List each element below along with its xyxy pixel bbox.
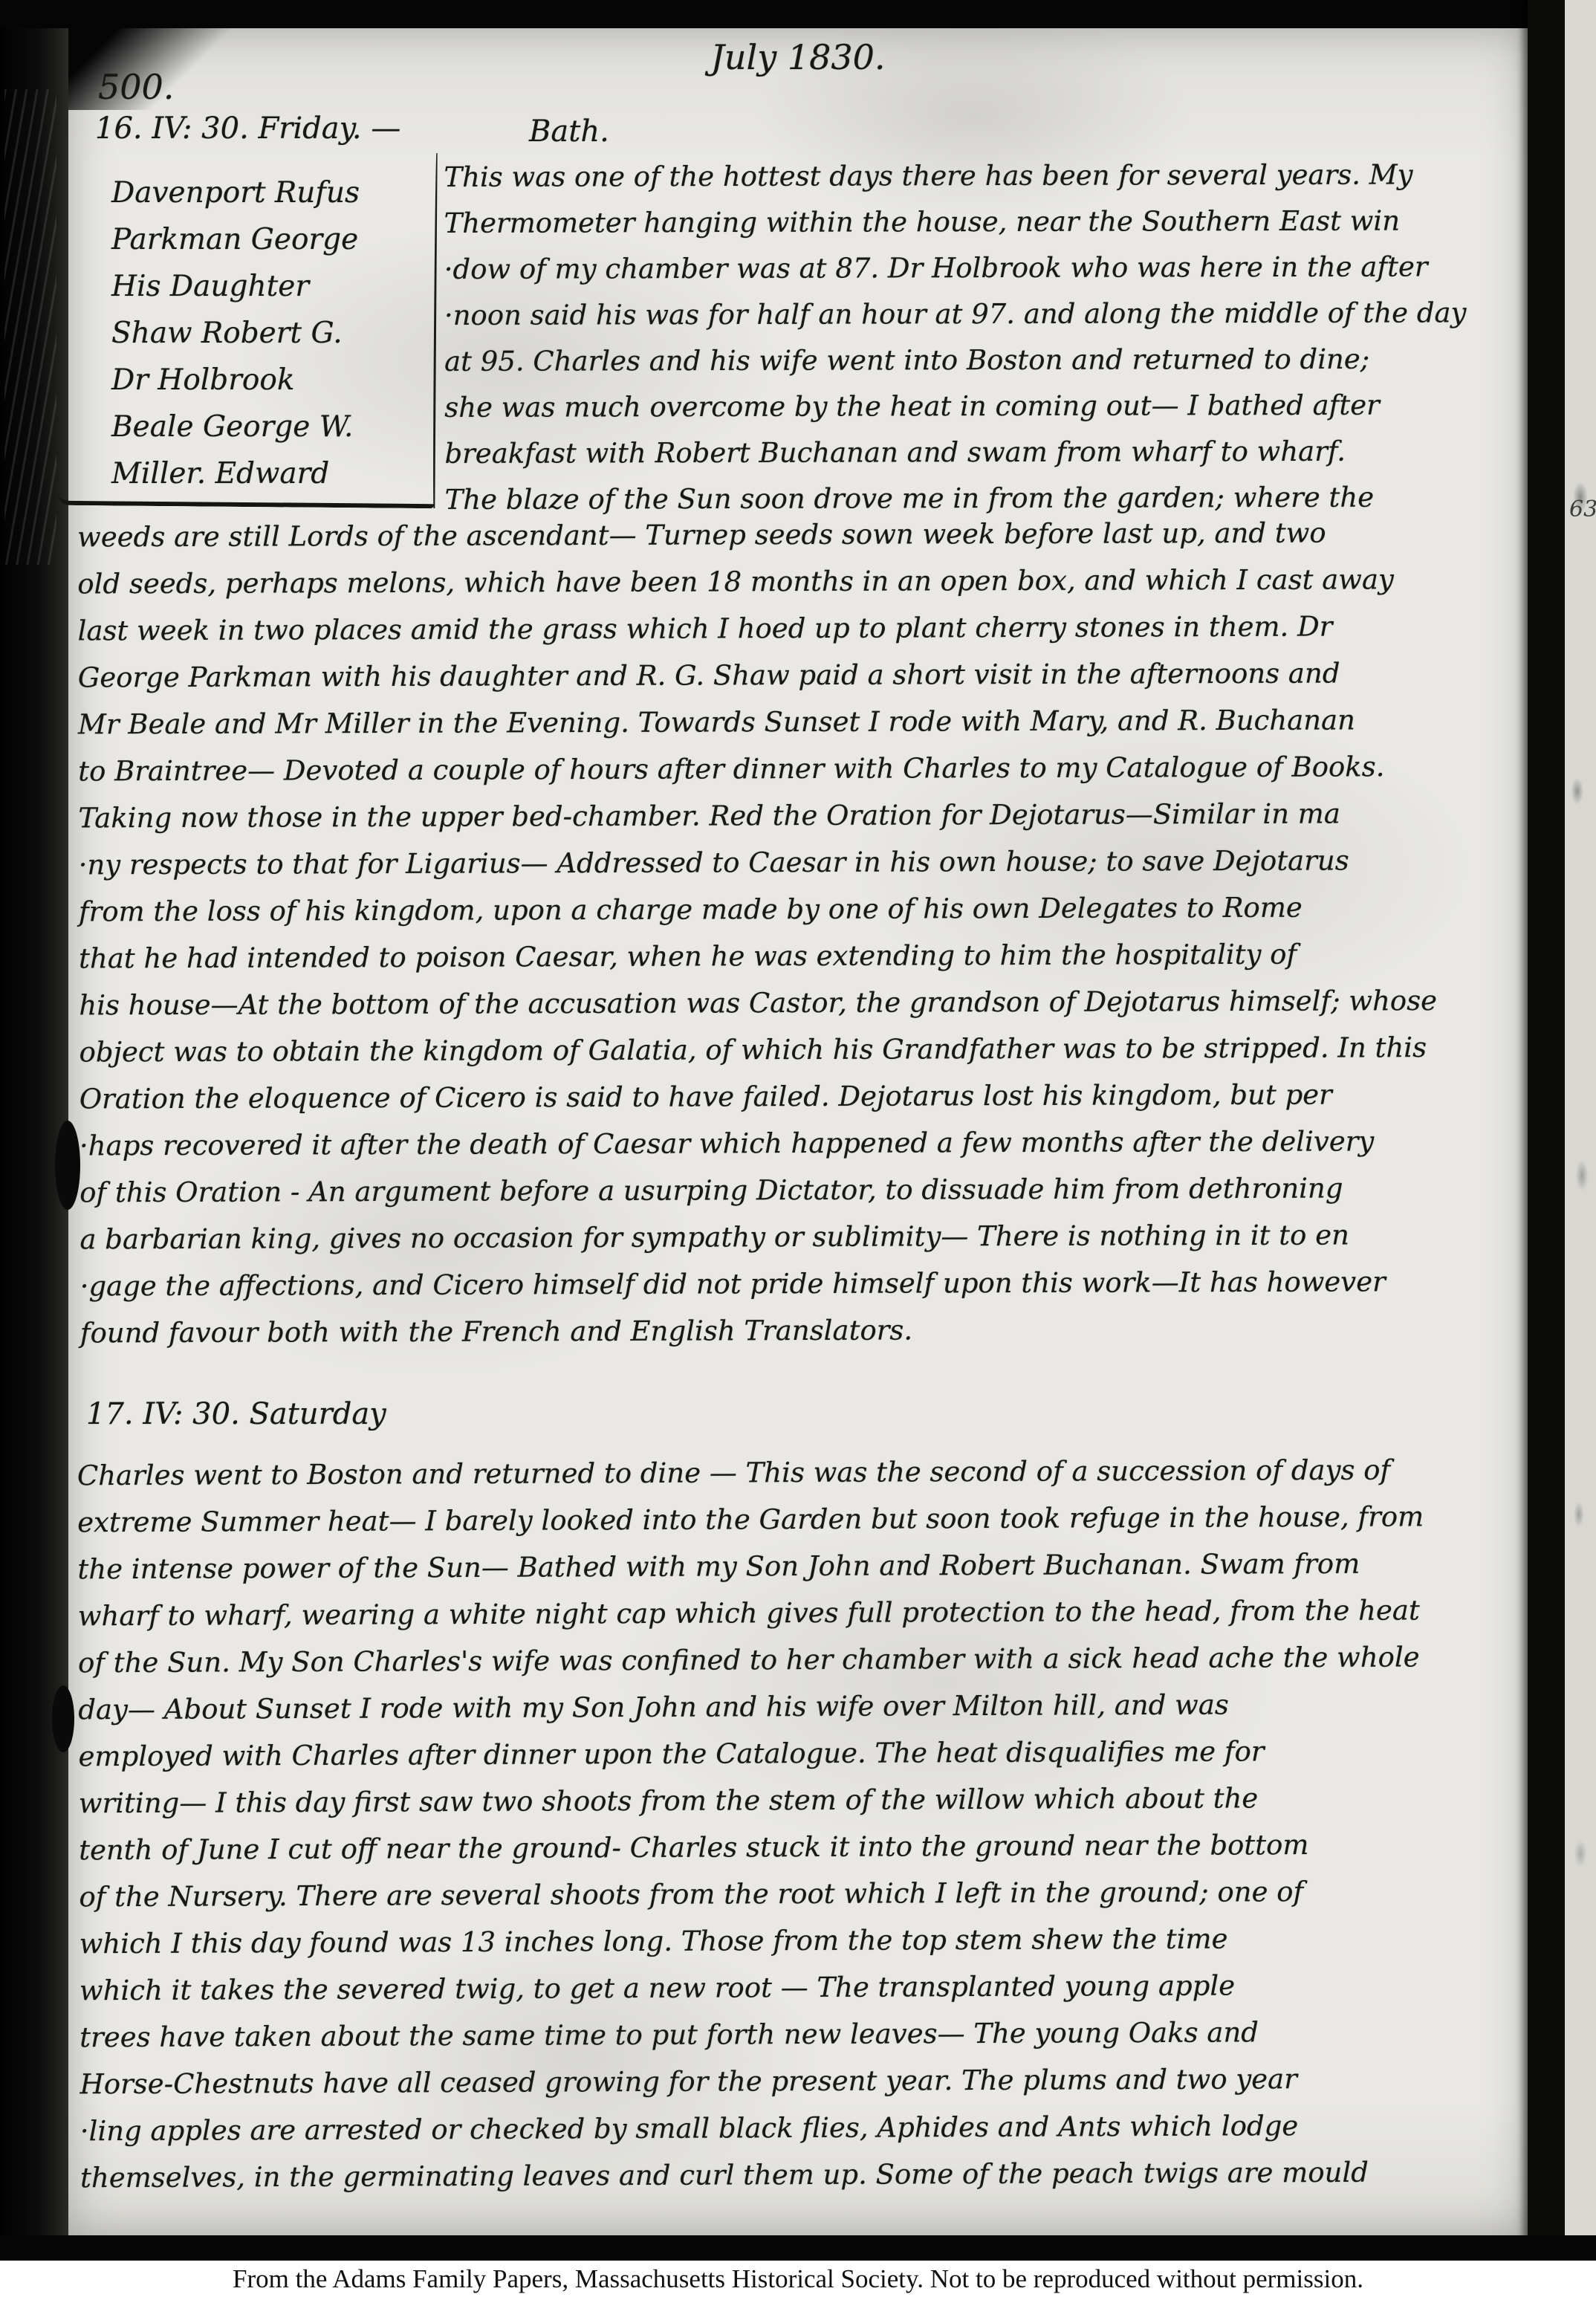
visitor-name: Beale George W. [111, 404, 431, 450]
ink-blot [52, 1685, 74, 1752]
visitor-name: Dr Holbrook [111, 357, 431, 404]
friday-body-text: weeds are still Lords of the ascendant— … [77, 509, 1529, 1357]
manuscript-line: of this Oration - An argument before a u… [80, 1164, 1528, 1216]
manuscript-scan: 500. July 1830. 16. IV: 30. Friday. — Ba… [0, 0, 1596, 2297]
manuscript-line: This was one of the hottest days there h… [444, 152, 1536, 201]
manuscript-line: tenth of June I cut off near the ground-… [79, 1821, 1528, 1874]
manuscript-line: to Braintree— Devoted a couple of hours … [78, 743, 1527, 795]
diary-page: 500. July 1830. 16. IV: 30. Friday. — Ba… [68, 28, 1528, 2235]
manuscript-line: which it takes the severed twig, to get … [80, 1961, 1528, 2015]
manuscript-line: George Parkman with his daughter and R. … [78, 649, 1527, 702]
manuscript-line: breakfast with Robert Buchanan and swam … [444, 428, 1537, 477]
manuscript-line: employed with Charles after dinner upon … [78, 1727, 1527, 1781]
entry-date-friday: 16. IV: 30. Friday. — [95, 111, 400, 146]
page-stack-ridges [4, 89, 56, 565]
visitor-name: Miller. Edward [111, 450, 431, 497]
manuscript-line: the intense power of the Sun— Bathed wit… [77, 1540, 1526, 1593]
visitor-name: Parkman George [111, 216, 431, 263]
manuscript-line: Mr Beale and Mr Miller in the Evening. T… [78, 696, 1527, 748]
manuscript-line: found favour both with the French and En… [80, 1305, 1529, 1357]
manuscript-line: Taking now those in the upper bed-chambe… [78, 790, 1527, 842]
manuscript-line: of the Sun. My Son Charles's wife was co… [78, 1633, 1527, 1687]
scan-top-edge [0, 0, 1596, 28]
manuscript-line: she was much overcome by the heat in com… [444, 382, 1537, 431]
entry-date-saturday: 17. IV: 30. Saturday [86, 1397, 386, 1431]
manuscript-line: Oration the eloquence of Cicero is said … [80, 1071, 1528, 1123]
scan-bottom-edge [0, 2235, 1596, 2261]
manuscript-line: wharf to wharf, wearing a white night ca… [78, 1587, 1527, 1640]
visitor-column-divider [432, 153, 437, 508]
book-binding-edge [0, 0, 68, 2259]
manuscript-line: at 95. Charles and his wife went into Bo… [444, 336, 1537, 385]
manuscript-line: extreme Summer heat— I barely looked int… [77, 1493, 1526, 1546]
manuscript-line: ·ling apples are arrested or checked by … [80, 2102, 1529, 2155]
manuscript-line: of the Nursery. There are several shoots… [79, 1867, 1528, 1921]
facing-page-sliver: 63 [1565, 0, 1596, 2261]
entry-location-heading: Bath. [529, 114, 609, 149]
manuscript-line: themselves, in the germinating leaves an… [80, 2148, 1529, 2202]
manuscript-line: Thermometer hanging within the house, ne… [444, 198, 1537, 247]
manuscript-line: ·noon said his was for half an hour at 9… [444, 290, 1537, 339]
facing-page-text-fragment: 63 [1569, 496, 1596, 522]
manuscript-line: which I this day found was 13 inches lon… [80, 1914, 1528, 1968]
manuscript-line: a barbarian king, gives no occasion for … [80, 1211, 1528, 1263]
manuscript-line: Horse-Chestnuts have all ceased growing … [80, 2055, 1528, 2108]
archive-caption: From the Adams Family Papers, Massachuse… [233, 2264, 1363, 2294]
caption-bar: From the Adams Family Papers, Massachuse… [0, 2261, 1596, 2297]
friday-intro-text: This was one of the hottest days there h… [444, 152, 1537, 523]
manuscript-line: Charles went to Boston and returned to d… [77, 1446, 1526, 1500]
visitor-name: Shaw Robert G. [111, 310, 431, 357]
manuscript-line: ·haps recovered it after the death of Ca… [80, 1118, 1528, 1170]
month-header: July 1830. [68, 37, 1528, 77]
manuscript-line: ·gage the affections, and Cicero himself… [80, 1258, 1529, 1310]
visitor-name: His Daughter [111, 263, 431, 310]
manuscript-line: ·dow of my chamber was at 87. Dr Holbroo… [444, 244, 1537, 293]
manuscript-line: that he had intended to poison Caesar, w… [79, 930, 1528, 982]
manuscript-line: old seeds, perhaps melons, which have be… [77, 556, 1526, 608]
visitor-list-underline [58, 493, 434, 508]
page-gutter-shadow [1528, 0, 1565, 2261]
visitor-name: Davenport Rufus [111, 169, 431, 216]
manuscript-line: writing— I this day first saw two shoots… [79, 1774, 1528, 1827]
visitor-list: Davenport RufusParkman GeorgeHis Daughte… [111, 169, 431, 497]
manuscript-line: from the loss of his kingdom, upon a cha… [79, 884, 1528, 936]
manuscript-line: ·ny respects to that for Ligarius— Addre… [79, 837, 1528, 889]
manuscript-line: trees have taken about the same time to … [80, 2008, 1528, 2061]
manuscript-line: last week in two places amid the grass w… [77, 603, 1526, 655]
saturday-body-text: Charles went to Boston and returned to d… [77, 1446, 1529, 2201]
manuscript-line: object was to obtain the kingdom of Gala… [79, 1024, 1528, 1076]
manuscript-line: his house—At the bottom of the accusatio… [79, 977, 1528, 1029]
manuscript-line: weeds are still Lords of the ascendant— … [77, 509, 1526, 561]
manuscript-line: day— About Sunset I rode with my Son Joh… [78, 1680, 1527, 1734]
ink-blot [55, 1121, 80, 1210]
